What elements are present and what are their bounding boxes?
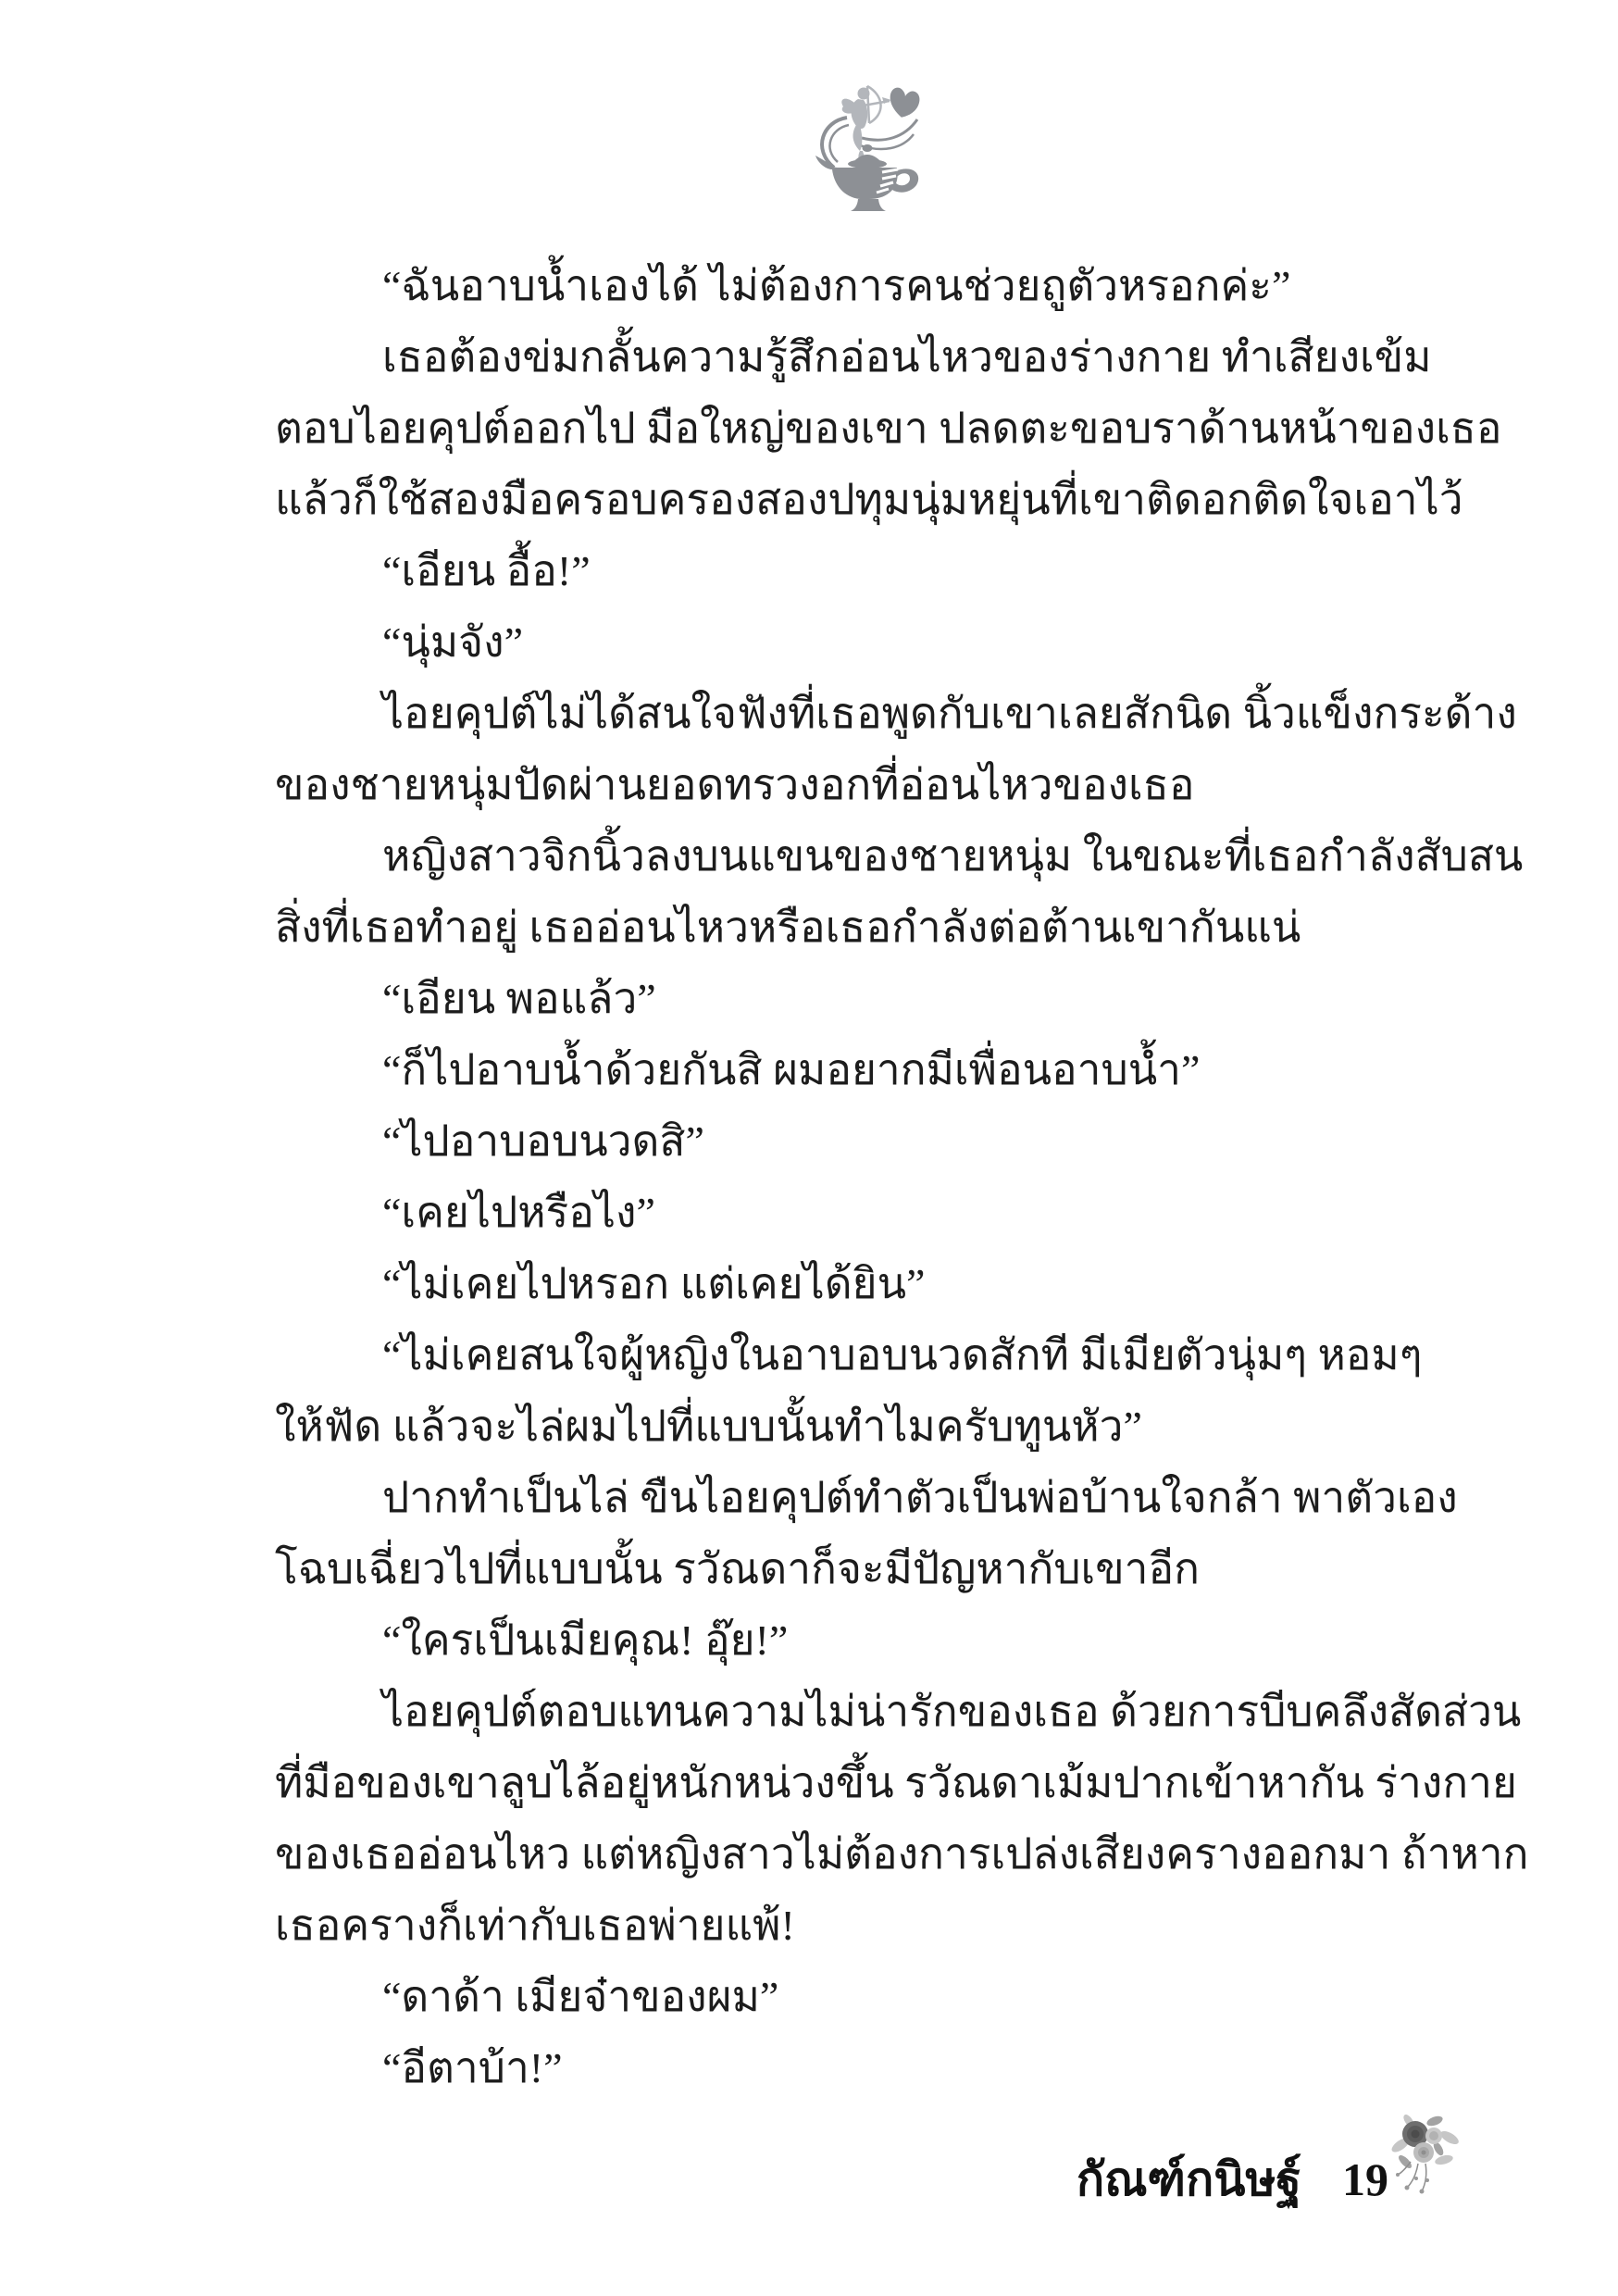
text-line: “ไม่เคยไปหรอก แต่เคยได้ยิน”: [275, 1248, 1472, 1319]
text-line: “เคยไปหรือไง”: [275, 1177, 1472, 1248]
book-page: “ฉันอาบน้ำเองได้ ไม่ต้องการคนช่วยถูตัวหร…: [0, 0, 1618, 2296]
text-line: ให้ฟัด แล้วจะไล่ผมไปที่แบบนั้นทำไมครับทู…: [275, 1391, 1472, 1462]
page-footer: กัณฑ์กนิษฐ์ 19: [1077, 2146, 1388, 2213]
text-line: “นุ่มจัง”: [275, 606, 1472, 678]
text-line: แล้วก็ใช้สองมือครอบครองสองปทุมนุ่มหยุ่นท…: [275, 464, 1472, 535]
text-line: เธอครางก็เท่ากับเธอพ่ายแพ้!: [275, 1890, 1472, 1961]
text-line: เธอต้องข่มกลั้นความรู้สึกอ่อนไหวของร่างก…: [275, 321, 1472, 393]
text-line: ที่มือของเขาลูบไล้อยู่หนักหน่วงขึ้น รวัณ…: [275, 1747, 1472, 1818]
text-line: ตอบไอยคุปต์ออกไป มือใหญ่ของเขา ปลดตะขอบร…: [275, 393, 1472, 464]
text-line: สิ่งที่เธอทำอยู่ เธออ่อนไหวหรือเธอกำลังต…: [275, 892, 1472, 963]
text-line: “ใครเป็นเมียคุณ! อุ๊ย!”: [275, 1604, 1472, 1676]
cupid-genie-lamp-ornament-icon: [810, 79, 926, 218]
text-line: โฉบเฉี่ยวไปที่แบบนั้น รวัณดาก็จะมีปัญหาก…: [275, 1533, 1472, 1604]
text-line: “ฉันอาบน้ำเองได้ ไม่ต้องการคนช่วยถูตัวหร…: [275, 250, 1472, 321]
text-line: “ก็ไปอาบน้ำด้วยกันสิ ผมอยากมีเพื่อนอาบน้…: [275, 1034, 1472, 1105]
page-text: “ฉันอาบน้ำเองได้ ไม่ต้องการคนช่วยถูตัวหร…: [275, 250, 1472, 2103]
text-line: ไอยคุปต์ไม่ได้สนใจฟังที่เธอพูดกับเขาเลยส…: [275, 678, 1472, 749]
text-line: “เอียน อื้อ!”: [275, 535, 1472, 606]
text-line: “ไม่เคยสนใจผู้หญิงในอาบอบนวดสักที มีเมีย…: [275, 1319, 1472, 1391]
text-line: ของเธออ่อนไหว แต่หญิงสาวไม่ต้องการเปล่งเ…: [275, 1818, 1472, 1890]
footer-book-title: กัณฑ์กนิษฐ์: [1077, 2146, 1301, 2213]
text-line: “ดาด้า เมียจ๋าของผม”: [275, 1961, 1472, 2032]
text-line: ของชายหนุ่มปัดผ่านยอดทรวงอกที่อ่อนไหวของ…: [275, 749, 1472, 820]
text-line: “เอียน พอแล้ว”: [275, 963, 1472, 1034]
text-line: หญิงสาวจิกนิ้วลงบนแขนของชายหนุ่ม ในขณะที…: [275, 820, 1472, 892]
text-line: “อีตาบ้า!”: [275, 2032, 1472, 2103]
rose-bouquet-ornament-icon: [1390, 2114, 1464, 2202]
text-line: ปากทำเป็นไล่ ขืนไอยคุปต์ทำตัวเป็นพ่อบ้าน…: [275, 1462, 1472, 1533]
text-line: “ไปอาบอบนวดสิ”: [275, 1105, 1472, 1177]
footer-page-number: 19: [1342, 2146, 1388, 2213]
text-line: ไอยคุปต์ตอบแทนความไม่น่ารักของเธอ ด้วยกา…: [275, 1676, 1472, 1747]
